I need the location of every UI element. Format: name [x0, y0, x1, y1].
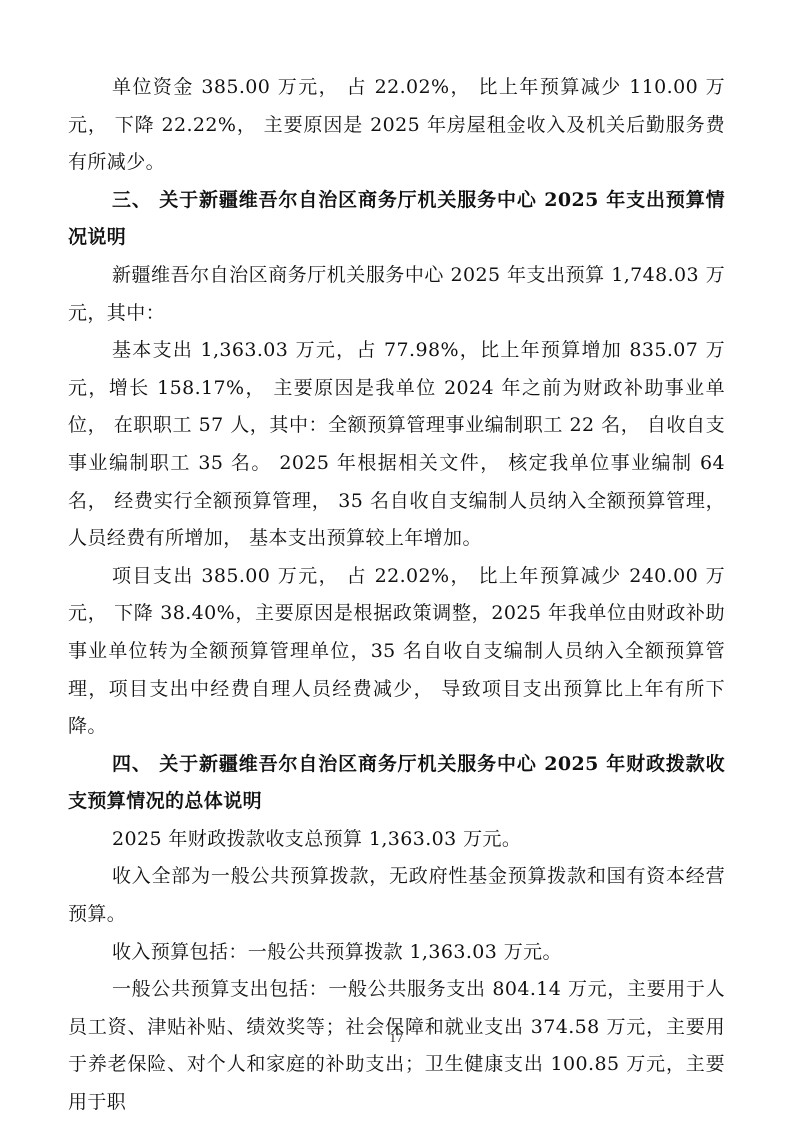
paragraph-general-public-budget-expenditure: 一般公共预算支出包括：一般公共服务支出 804.14 万元，主要用于人员工资、津… — [68, 971, 725, 1121]
heading-section-3-expenditure-budget: 三、 关于新疆维吾尔自治区商务厅机关服务中心 2025 年支出预算情况说明 — [68, 182, 725, 257]
paragraph-unit-funds: 单位资金 385.00 万元， 占 22.02%， 比上年预算减少 110.00… — [68, 69, 725, 182]
paragraph-basic-expenditure: 基本支出 1,363.03 万元，占 77.98%，比上年预算增加 835.07… — [68, 332, 725, 558]
paragraph-expenditure-total: 新疆维吾尔自治区商务厅机关服务中心 2025 年支出预算 1,748.03 万元… — [68, 257, 725, 332]
document-content: 单位资金 385.00 万元， 占 22.02%， 比上年预算减少 110.00… — [68, 69, 725, 1122]
heading-section-4-fiscal-appropriation: 四、 关于新疆维吾尔自治区商务厅机关服务中心 2025 年财政拨款收支预算情况的… — [68, 746, 725, 821]
paragraph-income-budget-includes: 收入预算包括：一般公共预算拨款 1,363.03 万元。 — [68, 934, 725, 972]
paragraph-income-source: 收入全部为一般公共预算拨款，无政府性基金预算拨款和国有资本经营预算。 — [68, 858, 725, 933]
page-number: 17 — [0, 1030, 793, 1046]
document-page: 单位资金 385.00 万元， 占 22.02%， 比上年预算减少 110.00… — [0, 0, 793, 1122]
paragraph-project-expenditure: 项目支出 385.00 万元， 占 22.02%， 比上年预算减少 240.00… — [68, 558, 725, 746]
paragraph-fiscal-total-budget: 2025 年财政拨款收支总预算 1,363.03 万元。 — [68, 821, 725, 859]
